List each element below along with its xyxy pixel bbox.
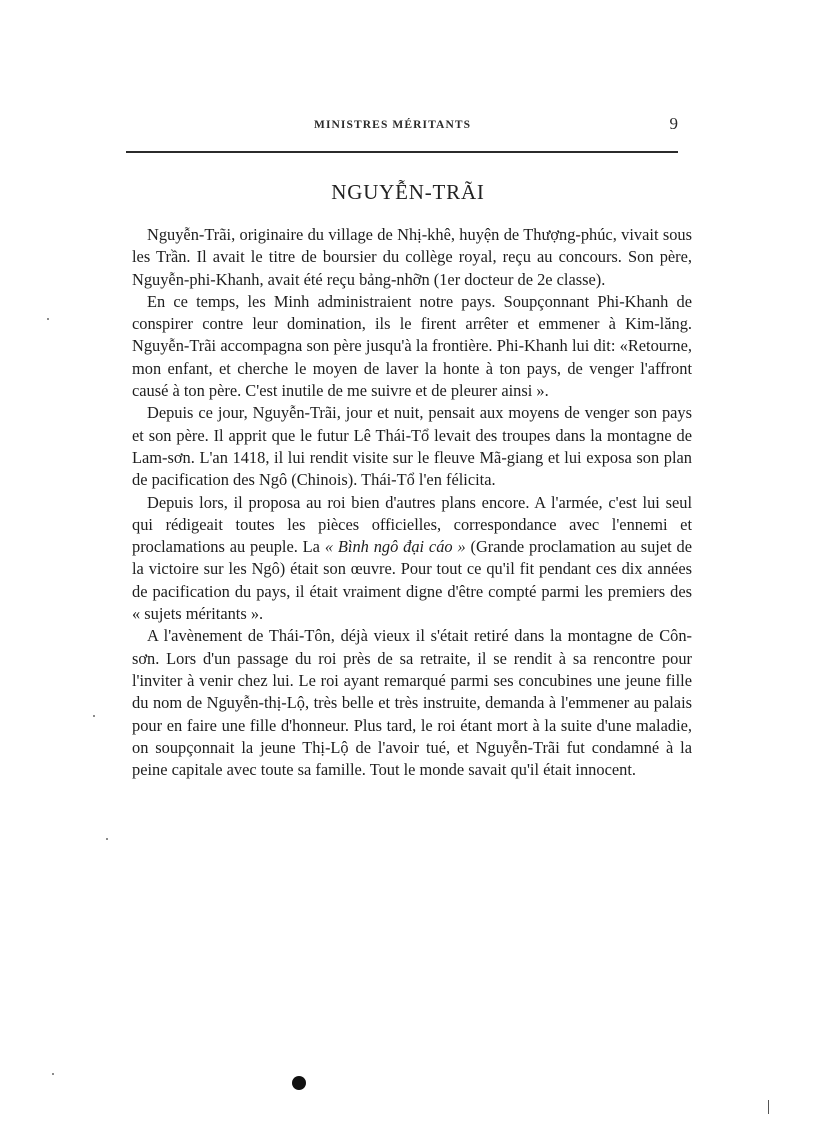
- scan-speck: [52, 1073, 54, 1075]
- scan-edge-mark: [768, 1100, 769, 1114]
- paragraph-2: En ce temps, les Minh administraient not…: [132, 291, 692, 402]
- chapter-title: NGUYỄN-TRÃI: [0, 180, 816, 205]
- header-rule: [126, 151, 678, 153]
- work-title-italic: « Bình ngô đại cáo »: [325, 537, 466, 556]
- body-text: Nguyễn-Trãi, originaire du village de Nh…: [132, 224, 692, 781]
- paragraph-4: Depuis lors, il proposa au roi bien d'au…: [132, 492, 692, 626]
- page-header: MINISTRES MÉRITANTS 9: [127, 114, 678, 136]
- scan-speck: [106, 838, 108, 840]
- page-number: 9: [670, 114, 679, 134]
- scan-speck: [47, 318, 49, 320]
- printer-ornament-icon: [292, 1076, 306, 1090]
- paragraph-3: Depuis ce jour, Nguyễn-Trãi, jour et nui…: [132, 402, 692, 491]
- paragraph-1: Nguyễn-Trãi, originaire du village de Nh…: [132, 224, 692, 291]
- paragraph-5: A l'avènement de Thái-Tôn, déjà vieux il…: [132, 625, 692, 781]
- scan-speck: [93, 715, 95, 717]
- running-title: MINISTRES MÉRITANTS: [314, 119, 471, 131]
